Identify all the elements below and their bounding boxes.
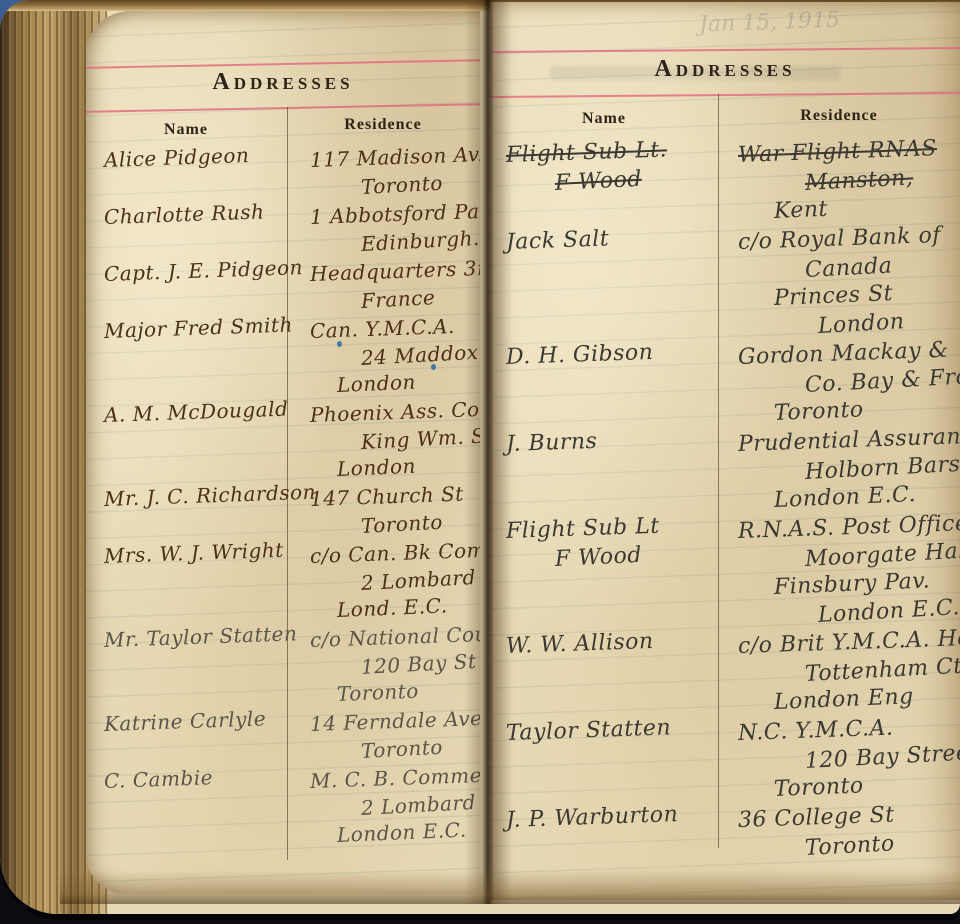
entry-name: Major Fred Smith	[104, 311, 301, 345]
entry-row: Jack Saltc/o Royal Bank ofCanadaPrinces …	[496, 229, 960, 341]
column-header-residence: Residence	[718, 107, 960, 125]
entry-row: J. P. Warburton36 College StToronto	[496, 807, 960, 863]
entry-name: J. P. Warburton	[506, 799, 729, 835]
entry-residence: Toronto	[360, 168, 480, 201]
entry-row: Flight Sub Lt.F WoodWar Flight RNASManst…	[496, 142, 960, 226]
entry-row: Taylor StattenN.C. Y.M.C.A.120 Bay Stree…	[496, 720, 960, 804]
address-book: Addresses Name Residence Alice Pidgeon11…	[0, 0, 960, 914]
entry-residence: Toronto	[360, 507, 480, 540]
entry-row: Major Fred SmithCan. Y.M.C.A.24 Maddox S…	[92, 318, 480, 399]
entry-row: Katrine Carlyle14 Ferndale AveToronto	[92, 711, 480, 765]
entry-residence: Lond. E.C.	[337, 591, 480, 624]
page-title: Addresses	[490, 56, 960, 83]
entry-name: Mr. J. C. Richardson	[104, 479, 301, 513]
entry-residence: London	[337, 450, 480, 483]
entry-row: Mr. J. C. Richardson147 Church StToronto	[92, 486, 480, 540]
entry-row: Mr. Taylor Stattenc/o National Council12…	[92, 627, 480, 708]
entry-residence: Toronto	[804, 827, 960, 863]
entry-name: Charlotte Rush	[104, 197, 301, 231]
entry-residence: London Eng	[773, 681, 960, 717]
entry-row: J. BurnsPrudential AssuranceHolborn Bars…	[496, 431, 960, 515]
ruled-line	[490, 92, 960, 98]
ruled-line	[490, 47, 960, 53]
entry-row: Capt. J. E. PidgeonHeadquarters 3rd BnFr…	[92, 261, 480, 315]
entry-residence: Toronto	[773, 392, 960, 428]
entry-row: D. H. GibsonGordon Mackay &Co. Bay & Fro…	[496, 344, 960, 428]
entry-name: Mr. Taylor Statten	[104, 620, 301, 654]
entry-name: Katrine Carlyle	[104, 704, 301, 738]
entry-row: Flight Sub LtF WoodR.N.A.S. Post OfficeM…	[496, 518, 960, 630]
page-title: Addresses	[86, 69, 480, 96]
entry-name: J. Burns	[506, 423, 729, 459]
column-header-residence: Residence	[286, 116, 480, 134]
ghost-date: Jan 15, 1915	[699, 8, 841, 38]
entry-row: W. W. Allisonc/o Brit Y.M.C.A. HeadTotte…	[496, 633, 960, 717]
entry-name: Jack Salt	[506, 221, 729, 257]
entry-row: Alice Pidgeon117 Madison Av.Toronto	[92, 147, 480, 201]
ink-speck	[337, 341, 342, 347]
ink-speck	[431, 364, 436, 370]
book-photo: Addresses Name Residence Alice Pidgeon11…	[0, 0, 960, 924]
entry-residence: London	[337, 366, 480, 399]
entry-residence: France	[360, 282, 480, 315]
entry-name: Taylor Statten	[506, 712, 729, 748]
entry-name: Alice Pidgeon	[104, 140, 301, 174]
entry-residence: London E.C.	[817, 594, 960, 630]
entry-residence: Toronto	[360, 732, 480, 765]
entry-row: Charlotte Rush1 Abbotsford ParkEdinburgh…	[92, 204, 480, 258]
entry-residence: Kent	[773, 190, 960, 226]
entry-name: W. W. Allison	[506, 625, 729, 661]
entry-name: A. M. McDougald	[104, 395, 301, 429]
entry-residence: London E.C.	[773, 479, 960, 515]
page-left: Addresses Name Residence Alice Pidgeon11…	[86, 11, 480, 894]
entry-name: Mrs. W. J. Wright	[104, 536, 301, 570]
entry-name: C. Cambie	[104, 761, 301, 795]
entry-residence: Edinburgh.	[360, 225, 480, 258]
page-left-entries: Alice Pidgeon117 Madison Av.TorontoCharl…	[92, 147, 480, 852]
entry-row: A. M. McDougaldPhoenix Ass. Co.King Wm. …	[92, 402, 480, 483]
entry-residence: London	[817, 305, 960, 341]
entry-row: C. CambieM. C. B. Commerce2 Lombard StLo…	[92, 768, 480, 849]
entry-name: D. H. Gibson	[506, 336, 729, 372]
page-right-entries: Flight Sub Lt.F WoodWar Flight RNASManst…	[496, 142, 960, 866]
entry-row: Mrs. W. J. Wrightc/o Can. Bk Commerce2 L…	[92, 543, 480, 624]
background-corner	[0, 904, 26, 924]
entry-residence: Toronto	[337, 675, 480, 708]
ruled-line	[86, 103, 480, 113]
ruled-line	[86, 59, 480, 69]
entry-residence: Toronto	[773, 768, 960, 804]
entry-name: Capt. J. E. Pidgeon	[104, 254, 301, 288]
column-header-name: Name	[490, 110, 718, 128]
entry-residence: London E.C.	[337, 816, 480, 849]
column-header-name: Name	[86, 121, 286, 139]
page-right: Jan 15, 1915 Addresses Name Residence Fl…	[490, 2, 960, 900]
